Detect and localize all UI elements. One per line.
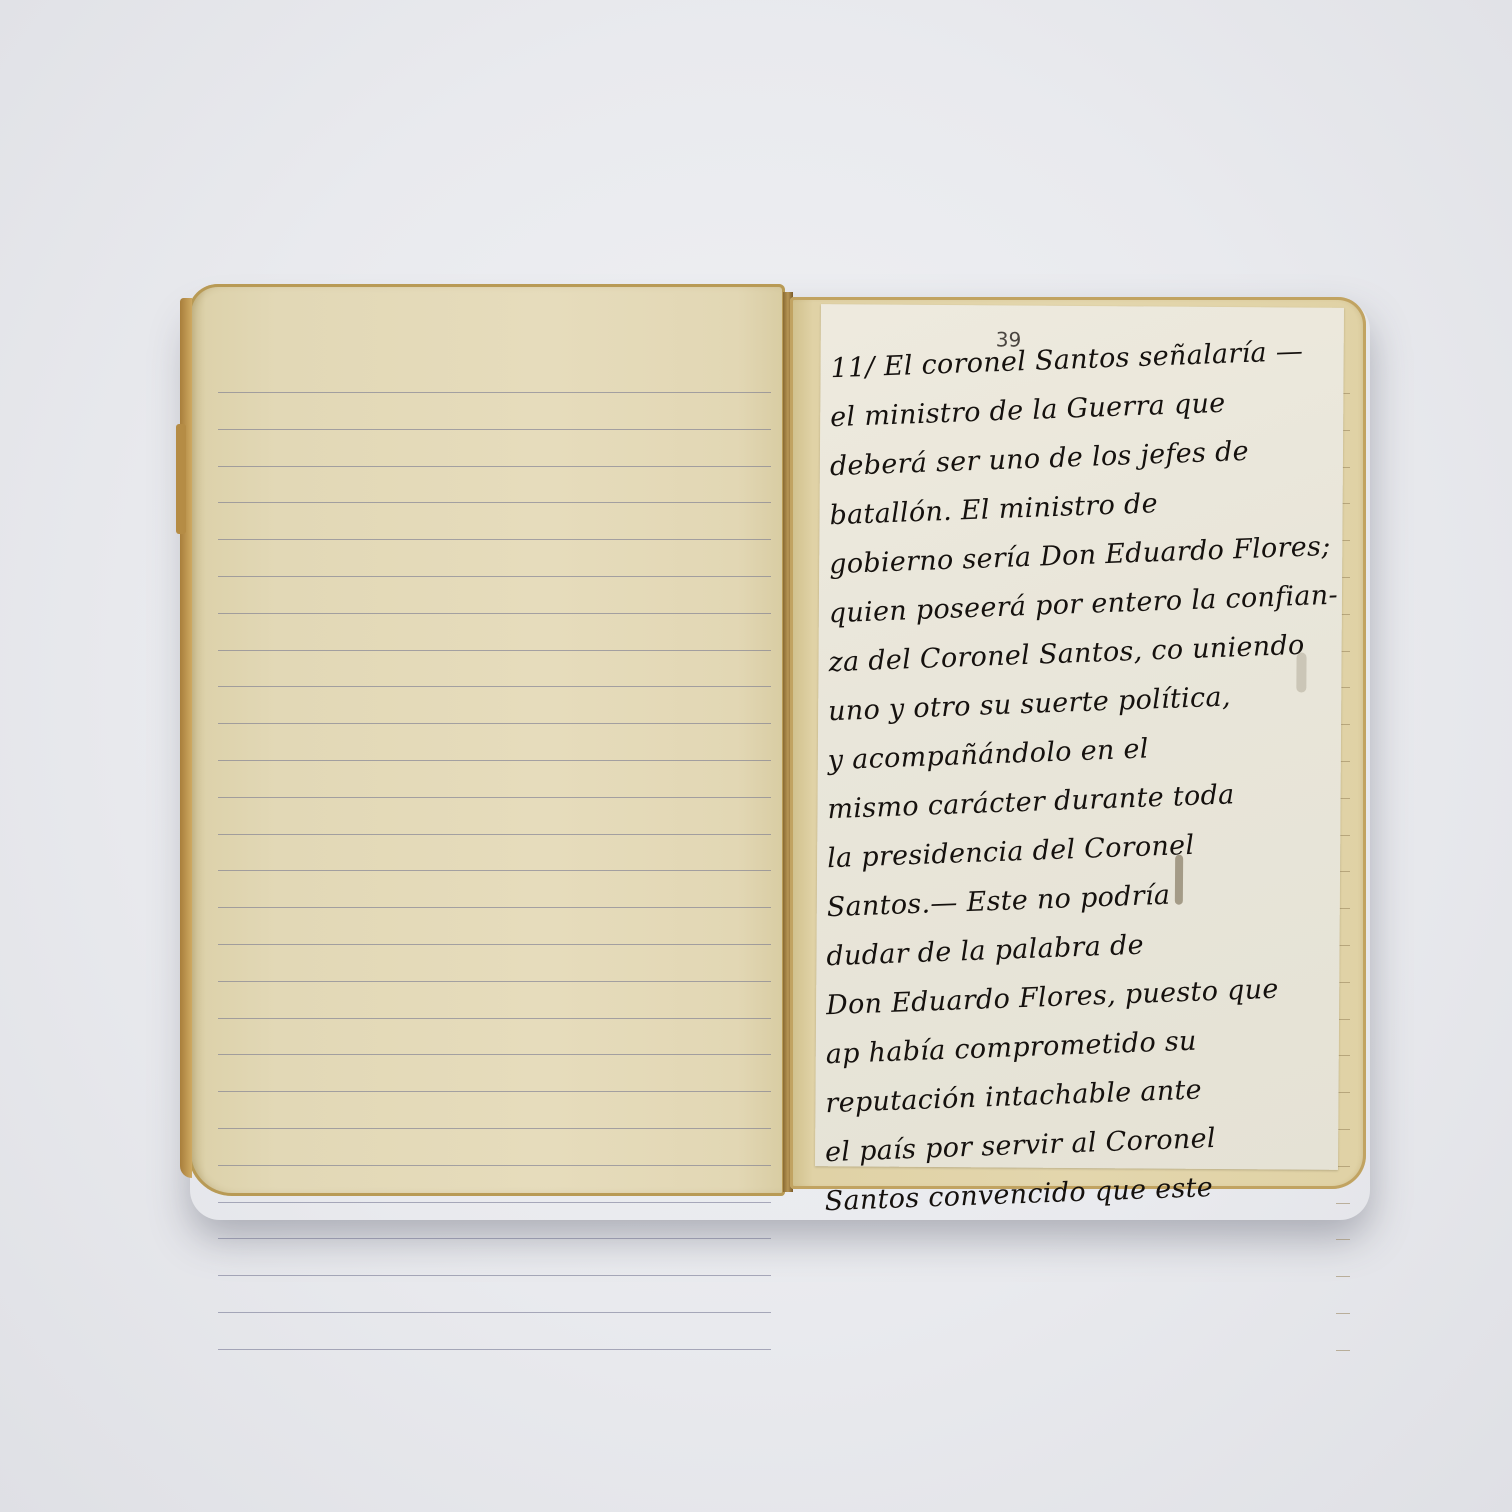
ruled-line-stub bbox=[1336, 1203, 1350, 1204]
ruled-line bbox=[218, 870, 771, 871]
ruled-line bbox=[218, 1165, 771, 1166]
pasted-manuscript-sheet: 39 11/ El coronel Santos señalaría — el … bbox=[815, 304, 1344, 1170]
torn-binding bbox=[176, 424, 186, 534]
ruled-line-stub bbox=[1336, 1166, 1350, 1167]
ruled-line bbox=[218, 1054, 771, 1055]
ruled-line bbox=[218, 392, 771, 393]
ruled-line bbox=[218, 981, 771, 982]
ruled-line bbox=[218, 502, 771, 503]
ruled-line bbox=[218, 1275, 771, 1276]
ruled-line bbox=[218, 797, 771, 798]
ruled-line bbox=[218, 1202, 771, 1203]
ruled-line-stub bbox=[1336, 1350, 1350, 1351]
ruled-line bbox=[218, 834, 771, 835]
ruled-line bbox=[218, 1128, 771, 1129]
ruled-line bbox=[218, 1312, 771, 1313]
ruled-line bbox=[218, 907, 771, 908]
ruled-line bbox=[218, 576, 771, 577]
ruled-line bbox=[218, 1238, 771, 1239]
ruled-line-stub bbox=[1336, 1239, 1350, 1240]
ink-stain bbox=[1175, 855, 1183, 905]
ruled-line-stub bbox=[1336, 1313, 1350, 1314]
handwritten-text: 11/ El coronel Santos señalaría — el min… bbox=[815, 344, 1344, 1230]
paper-foxing bbox=[1296, 653, 1306, 693]
ruled-line bbox=[218, 760, 771, 761]
ruled-line bbox=[218, 539, 771, 540]
ruled-line bbox=[218, 944, 771, 945]
ruled-line bbox=[218, 723, 771, 724]
ruled-line bbox=[218, 1349, 771, 1350]
ruled-line bbox=[218, 1018, 771, 1019]
left-page bbox=[188, 284, 785, 1196]
ruled-line bbox=[218, 650, 771, 651]
ruled-line bbox=[218, 1091, 771, 1092]
ruled-line bbox=[218, 466, 771, 467]
ruled-line bbox=[218, 429, 771, 430]
ruled-line bbox=[218, 613, 771, 614]
ruled-line bbox=[218, 686, 771, 687]
ruled-line-stub bbox=[1336, 1276, 1350, 1277]
